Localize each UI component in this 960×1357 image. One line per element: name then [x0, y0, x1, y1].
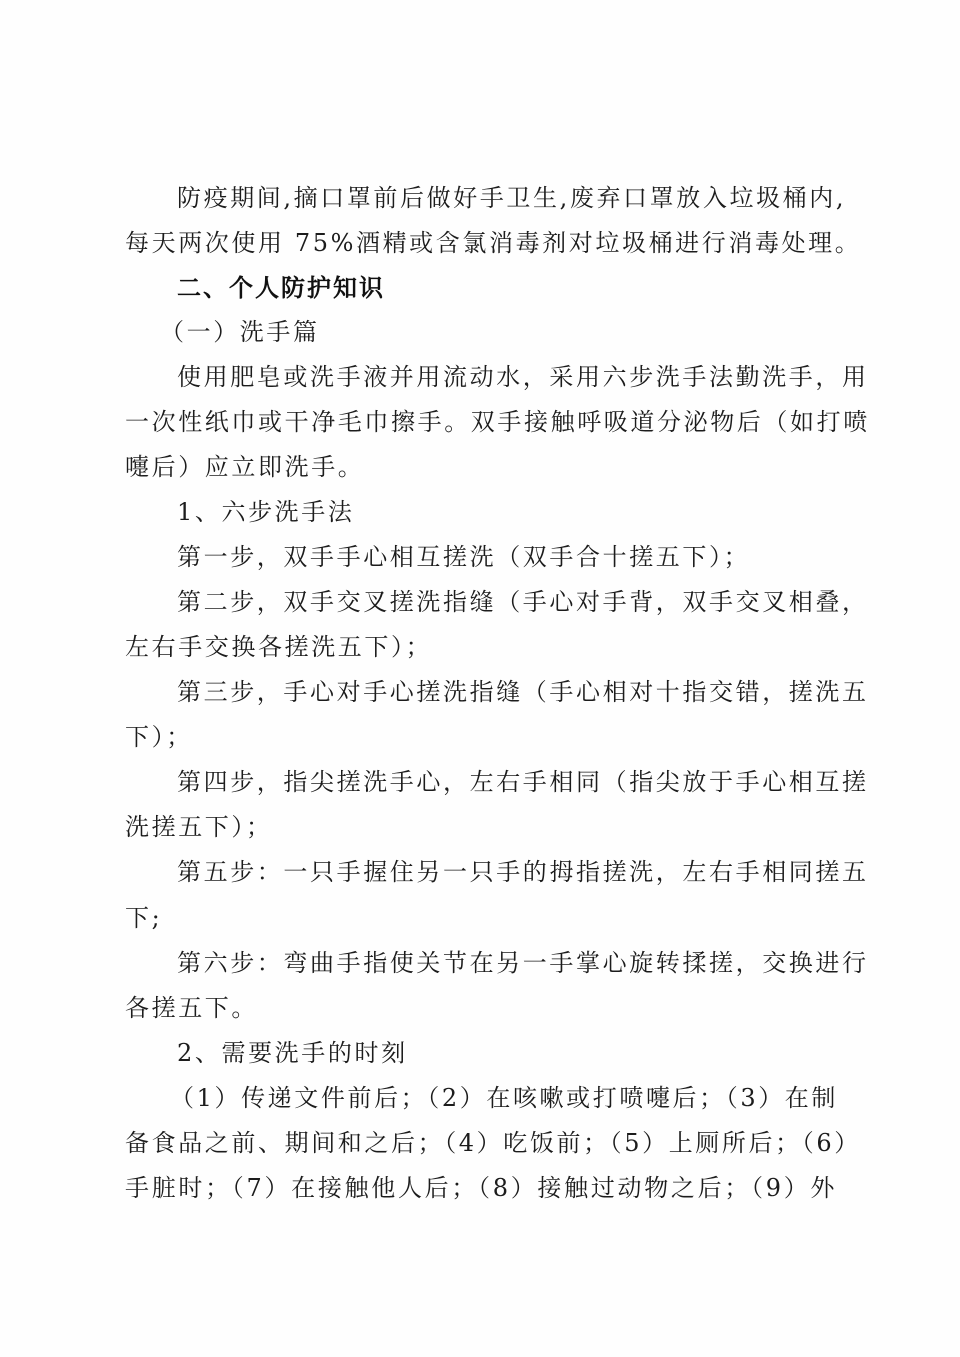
paragraph-intro-line-2: 每天两次使用 75%酒精或含氯消毒剂对垃圾桶进行消毒处理。 [125, 221, 837, 266]
step-1-line-1: 第一步，双手手心相互搓洗（双手合十搓五下）； [177, 535, 837, 580]
item1-heading: 1、六步洗手法 [177, 490, 837, 535]
step-2-line-1: 第二步，双手交叉搓洗指缝（手心对手背，双手交叉相叠， [177, 580, 837, 625]
paragraph-handwash-line-1: 使用肥皂或洗手液并用流动水，采用六步洗手法勤洗手，用 [177, 355, 837, 400]
moments-line-3: 手脏时；（7）在接触他人后；（8）接触过动物之后；（9）外 [125, 1166, 837, 1211]
paragraph-handwash-line-3: 嚏后）应立即洗手。 [125, 445, 837, 490]
step-2-line-2: 左右手交换各搓洗五下）； [125, 625, 837, 670]
paragraph-intro-line-1: 防疫期间,摘口罩前后做好手卫生,废弃口罩放入垃圾桶内, [177, 176, 837, 221]
step-3-line-2: 下）； [125, 715, 837, 760]
step-4-line-1: 第四步，指尖搓洗手心，左右手相同（指尖放于手心相互搓 [177, 760, 837, 805]
step-6-line-1: 第六步：弯曲手指使关节在另一手掌心旋转揉搓，交换进行 [177, 941, 837, 986]
item2-heading: 2、需要洗手的时刻 [177, 1031, 837, 1076]
step-6-line-2: 各搓五下。 [125, 986, 837, 1031]
section-heading: 二、个人防护知识 [177, 266, 837, 311]
step-5-line-1: 第五步：一只手握住另一只手的拇指搓洗，左右手相同搓五 [177, 850, 837, 895]
subsection-heading: （一）洗手篇 [160, 310, 872, 355]
step-4-line-2: 洗搓五下）； [125, 805, 837, 850]
step-5-line-2: 下; [125, 896, 837, 941]
moments-line-1: （1）传递文件前后；（2）在咳嗽或打喷嚏后；（3）在制 [170, 1076, 837, 1121]
document-page: 防疫期间,摘口罩前后做好手卫生,废弃口罩放入垃圾桶内, 每天两次使用 75%酒精… [0, 0, 960, 1357]
moments-line-2: 备食品之前、期间和之后；（4）吃饭前；（5）上厕所后；（6） [125, 1121, 837, 1166]
step-3-line-1: 第三步，手心对手心搓洗指缝（手心相对十指交错，搓洗五 [177, 670, 837, 715]
paragraph-handwash-line-2: 一次性纸巾或干净毛巾擦手。双手接触呼吸道分泌物后（如打喷 [125, 400, 837, 445]
